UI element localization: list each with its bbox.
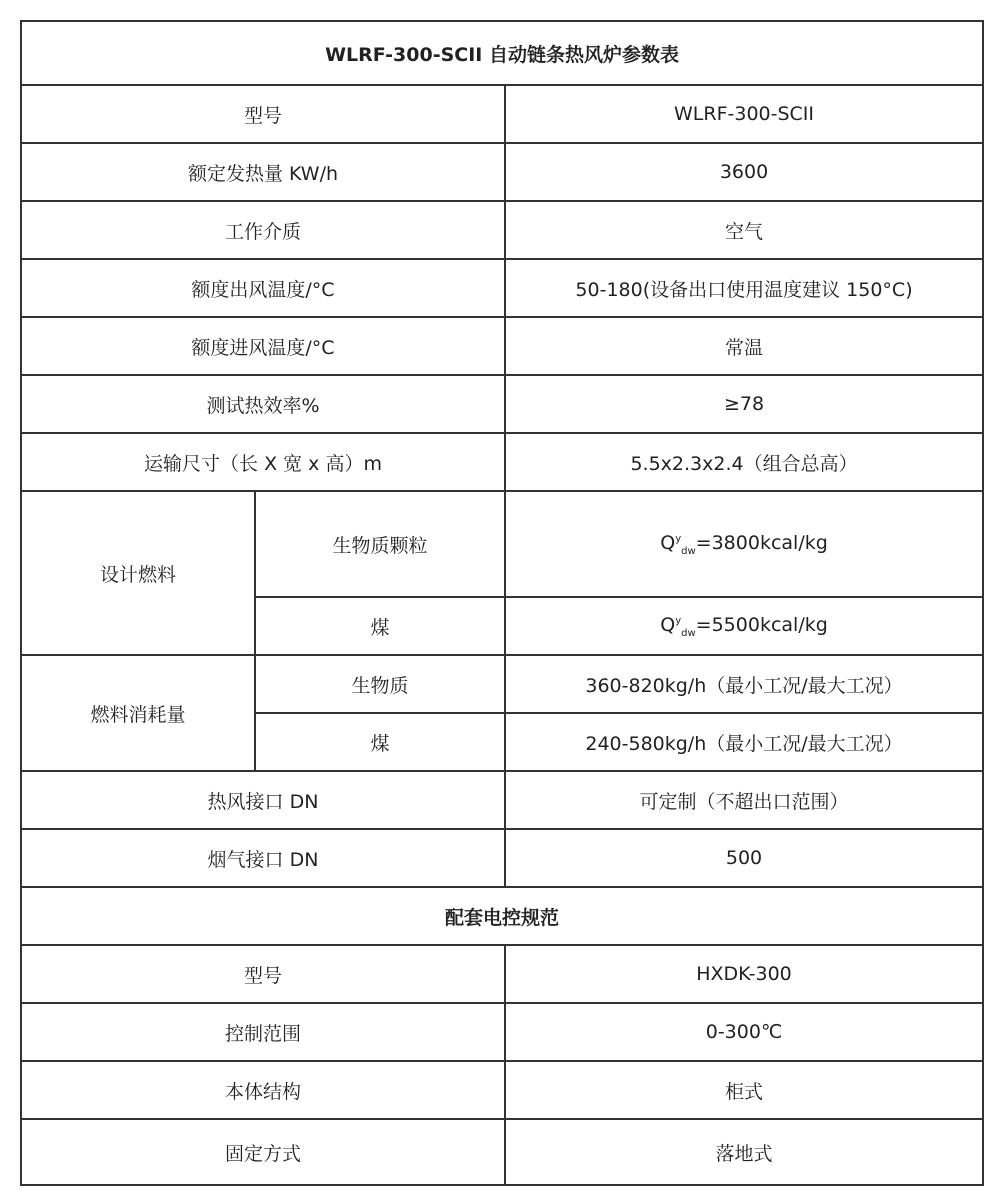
fuel-heat-value: Qydw=5500kcal/kg [505,597,983,655]
table-row: 设计燃料 生物质颗粒 Qydw=3800kcal/kg [21,491,983,597]
parameter-table: WLRF-300-SCII 自动链条热风炉参数表 型号 WLRF-300-SCI… [20,20,984,1186]
row-label: 额度进风温度/°C [21,317,505,375]
row-label: 型号 [21,945,505,1003]
row-value: 可定制（不超出口范围） [505,771,983,829]
row-label: 工作介质 [21,201,505,259]
fuel-type: 生物质 [255,655,505,713]
table-row: 燃料消耗量 生物质 360-820kg/h（最小工况/最大工况） [21,655,983,713]
row-value: HXDK-300 [505,945,983,1003]
table-row: 测试热效率% ≥78 [21,375,983,433]
row-label: 固定方式 [21,1119,505,1185]
row-value: ≥78 [505,375,983,433]
section-heading: 配套电控规范 [21,887,983,945]
table-row: 烟气接口 DN 500 [21,829,983,887]
fuel-consumption-label: 燃料消耗量 [21,655,255,771]
row-value: 500 [505,829,983,887]
table-row: 型号 HXDK-300 [21,945,983,1003]
row-label: 本体结构 [21,1061,505,1119]
table-row: 额度出风温度/°C 50-180(设备出口使用温度建议 150°C) [21,259,983,317]
row-value: 0-300℃ [505,1003,983,1061]
row-label: 额定发热量 KW/h [21,143,505,201]
table-row: 额定发热量 KW/h 3600 [21,143,983,201]
table-row: 热风接口 DN 可定制（不超出口范围） [21,771,983,829]
fuel-consumption-value: 360-820kg/h（最小工况/最大工况） [505,655,983,713]
row-value: WLRF-300-SCII [505,85,983,143]
row-label: 运输尺寸（长 X 宽 x 高）m [21,433,505,491]
row-value: 3600 [505,143,983,201]
fuel-heat-value: Qydw=3800kcal/kg [505,491,983,597]
table-row: 型号 WLRF-300-SCII [21,85,983,143]
table-title: WLRF-300-SCII 自动链条热风炉参数表 [21,21,983,85]
row-label: 测试热效率% [21,375,505,433]
table-row: 工作介质 空气 [21,201,983,259]
fuel-type: 煤 [255,713,505,771]
row-label: 型号 [21,85,505,143]
row-label: 热风接口 DN [21,771,505,829]
table-row: 本体结构 柜式 [21,1061,983,1119]
table-row: 额度进风温度/°C 常温 [21,317,983,375]
fuel-consumption-value: 240-580kg/h（最小工况/最大工况） [505,713,983,771]
table-row: 控制范围 0-300℃ [21,1003,983,1061]
fuel-type: 生物质颗粒 [255,491,505,597]
row-label: 额度出风温度/°C [21,259,505,317]
fuel-type: 煤 [255,597,505,655]
row-value: 50-180(设备出口使用温度建议 150°C) [505,259,983,317]
design-fuel-label: 设计燃料 [21,491,255,655]
row-value: 空气 [505,201,983,259]
row-label: 控制范围 [21,1003,505,1061]
row-value: 常温 [505,317,983,375]
row-label: 烟气接口 DN [21,829,505,887]
row-value: 5.5x2.3x2.4（组合总高） [505,433,983,491]
table-row: 运输尺寸（长 X 宽 x 高）m 5.5x2.3x2.4（组合总高） [21,433,983,491]
table-row: 固定方式 落地式 [21,1119,983,1185]
row-value: 落地式 [505,1119,983,1185]
row-value: 柜式 [505,1061,983,1119]
